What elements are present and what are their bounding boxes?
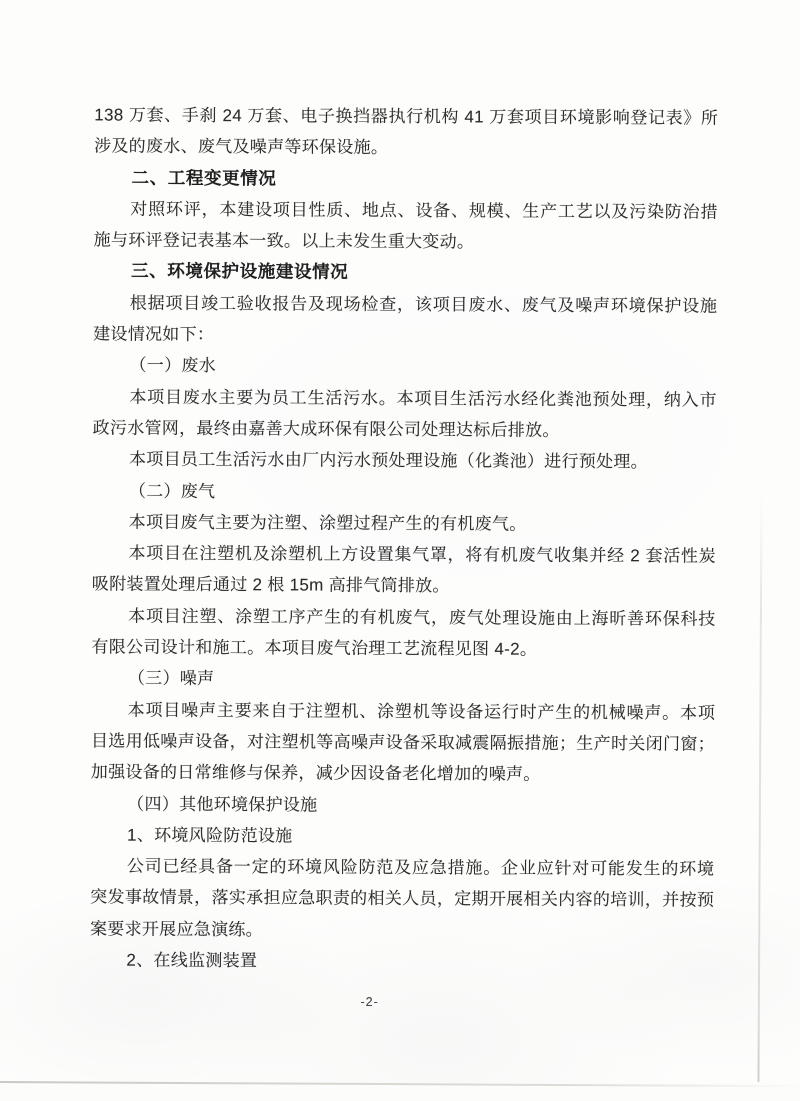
paragraph-continuation: 138 万套、手刹 24 万套、电子换挡器执行机构 41 万套项目环境影响登记表… xyxy=(94,99,718,165)
section-heading-2: 二、工程变更情况 xyxy=(94,162,718,197)
paragraph: 本项目注塑、涂塑工序产生的有机废气，废气处理设施由上海昕善环保科技有限公司设计和… xyxy=(91,600,715,666)
page-number: -2- xyxy=(328,995,412,1009)
subsection-heading-noise: （三）噪声 xyxy=(91,663,715,698)
paragraph: 根据项目竣工验收报告及现场检查，该项目废水、废气及噪声环境保护设施建设情况如下： xyxy=(93,287,717,353)
paragraph: 本项目废水主要为员工生活污水。本项目生活污水经化粪池预处理，纳入市政污水管网，最… xyxy=(93,381,717,447)
scanned-document-viewport: 138 万套、手刹 24 万套、电子换挡器执行机构 41 万套项目环境影响登记表… xyxy=(0,0,800,1101)
subsection-heading-other-facilities: （四）其他环境保护设施 xyxy=(91,788,715,823)
subsection-heading-wastewater: （一）废水 xyxy=(93,350,717,385)
paragraph: 公司已经具备一定的环境风险防范及应急措施。企业应针对可能发生的环境突发事故情景，… xyxy=(90,851,714,948)
paragraph: 本项目噪声主要来自于注塑机、涂塑机等设备运行时产生的机械噪声。本项目选用低噪声设… xyxy=(91,694,715,791)
section-heading-3: 三、环境保护设施建设情况 xyxy=(93,256,717,291)
list-heading-online-monitoring: 2、在线监测装置 xyxy=(90,944,714,979)
document-page: 138 万套、手刹 24 万套、电子换挡器执行机构 41 万套项目环境影响登记表… xyxy=(0,0,800,1101)
paragraph: 对照环评，本建设项目性质、地点、设备、规模、生产工艺以及污染防治措施与环评登记表… xyxy=(94,193,718,259)
list-heading-risk-prevention: 1、环境风险防范设施 xyxy=(90,819,714,854)
paragraph: 本项目员工生活污水由厂内污水预处理设施（化粪池）进行预处理。 xyxy=(92,444,716,479)
paragraph: 本项目废气主要为注塑、涂塑过程产生的有机废气。 xyxy=(92,506,716,541)
document-body: 138 万套、手刹 24 万套、电子换挡器执行机构 41 万套项目环境影响登记表… xyxy=(90,99,719,979)
paragraph: 本项目在注塑机及涂塑机上方设置集气罩，将有机废气收集并经 2 套活性炭吸附装置处… xyxy=(92,538,716,604)
subsection-heading-waste-gas: （二）废气 xyxy=(92,475,716,510)
